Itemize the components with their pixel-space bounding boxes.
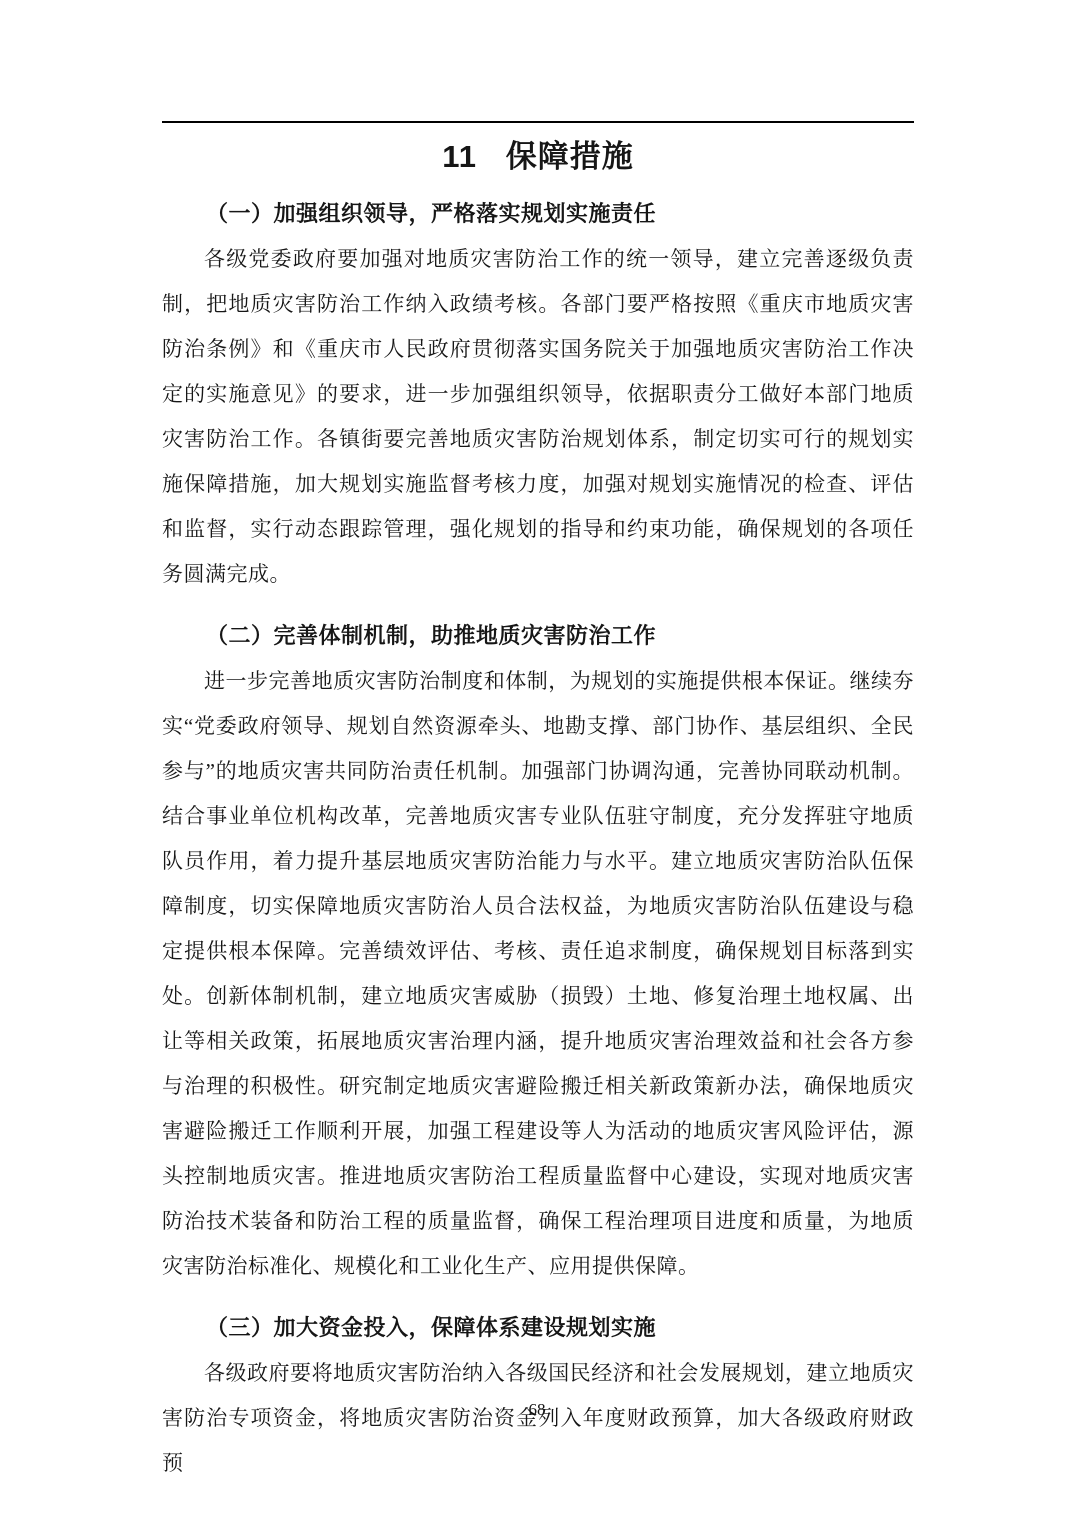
document-page: 11 保障措施 （一）加强组织领导，严格落实规划实施责任 各级党委政府要加强对地…: [0, 0, 1074, 1520]
section-2-heading: （二）完善体制机制，助推地质灾害防治工作: [162, 621, 914, 651]
section-1-paragraph: 各级党委政府要加强对地质灾害防治工作的统一领导，建立完善逐级负责制，把地质灾害防…: [162, 237, 914, 597]
header-rule: [162, 121, 914, 123]
section-2-paragraph: 进一步完善地质灾害防治制度和体制，为规划的实施提供根本保证。继续夯实“党委政府领…: [162, 659, 914, 1289]
section-1: （一）加强组织领导，严格落实规划实施责任 各级党委政府要加强对地质灾害防治工作的…: [162, 199, 914, 597]
section-1-heading: （一）加强组织领导，严格落实规划实施责任: [162, 199, 914, 229]
page-content: 11 保障措施 （一）加强组织领导，严格落实规划实施责任 各级党委政府要加强对地…: [162, 0, 914, 1486]
section-2: （二）完善体制机制，助推地质灾害防治工作 进一步完善地质灾害防治制度和体制，为规…: [162, 621, 914, 1289]
chapter-title: 11 保障措施: [162, 139, 914, 175]
section-3-heading: （三）加大资金投入，保障体系建设规划实施: [162, 1313, 914, 1343]
page-number: 68: [0, 1400, 1074, 1420]
